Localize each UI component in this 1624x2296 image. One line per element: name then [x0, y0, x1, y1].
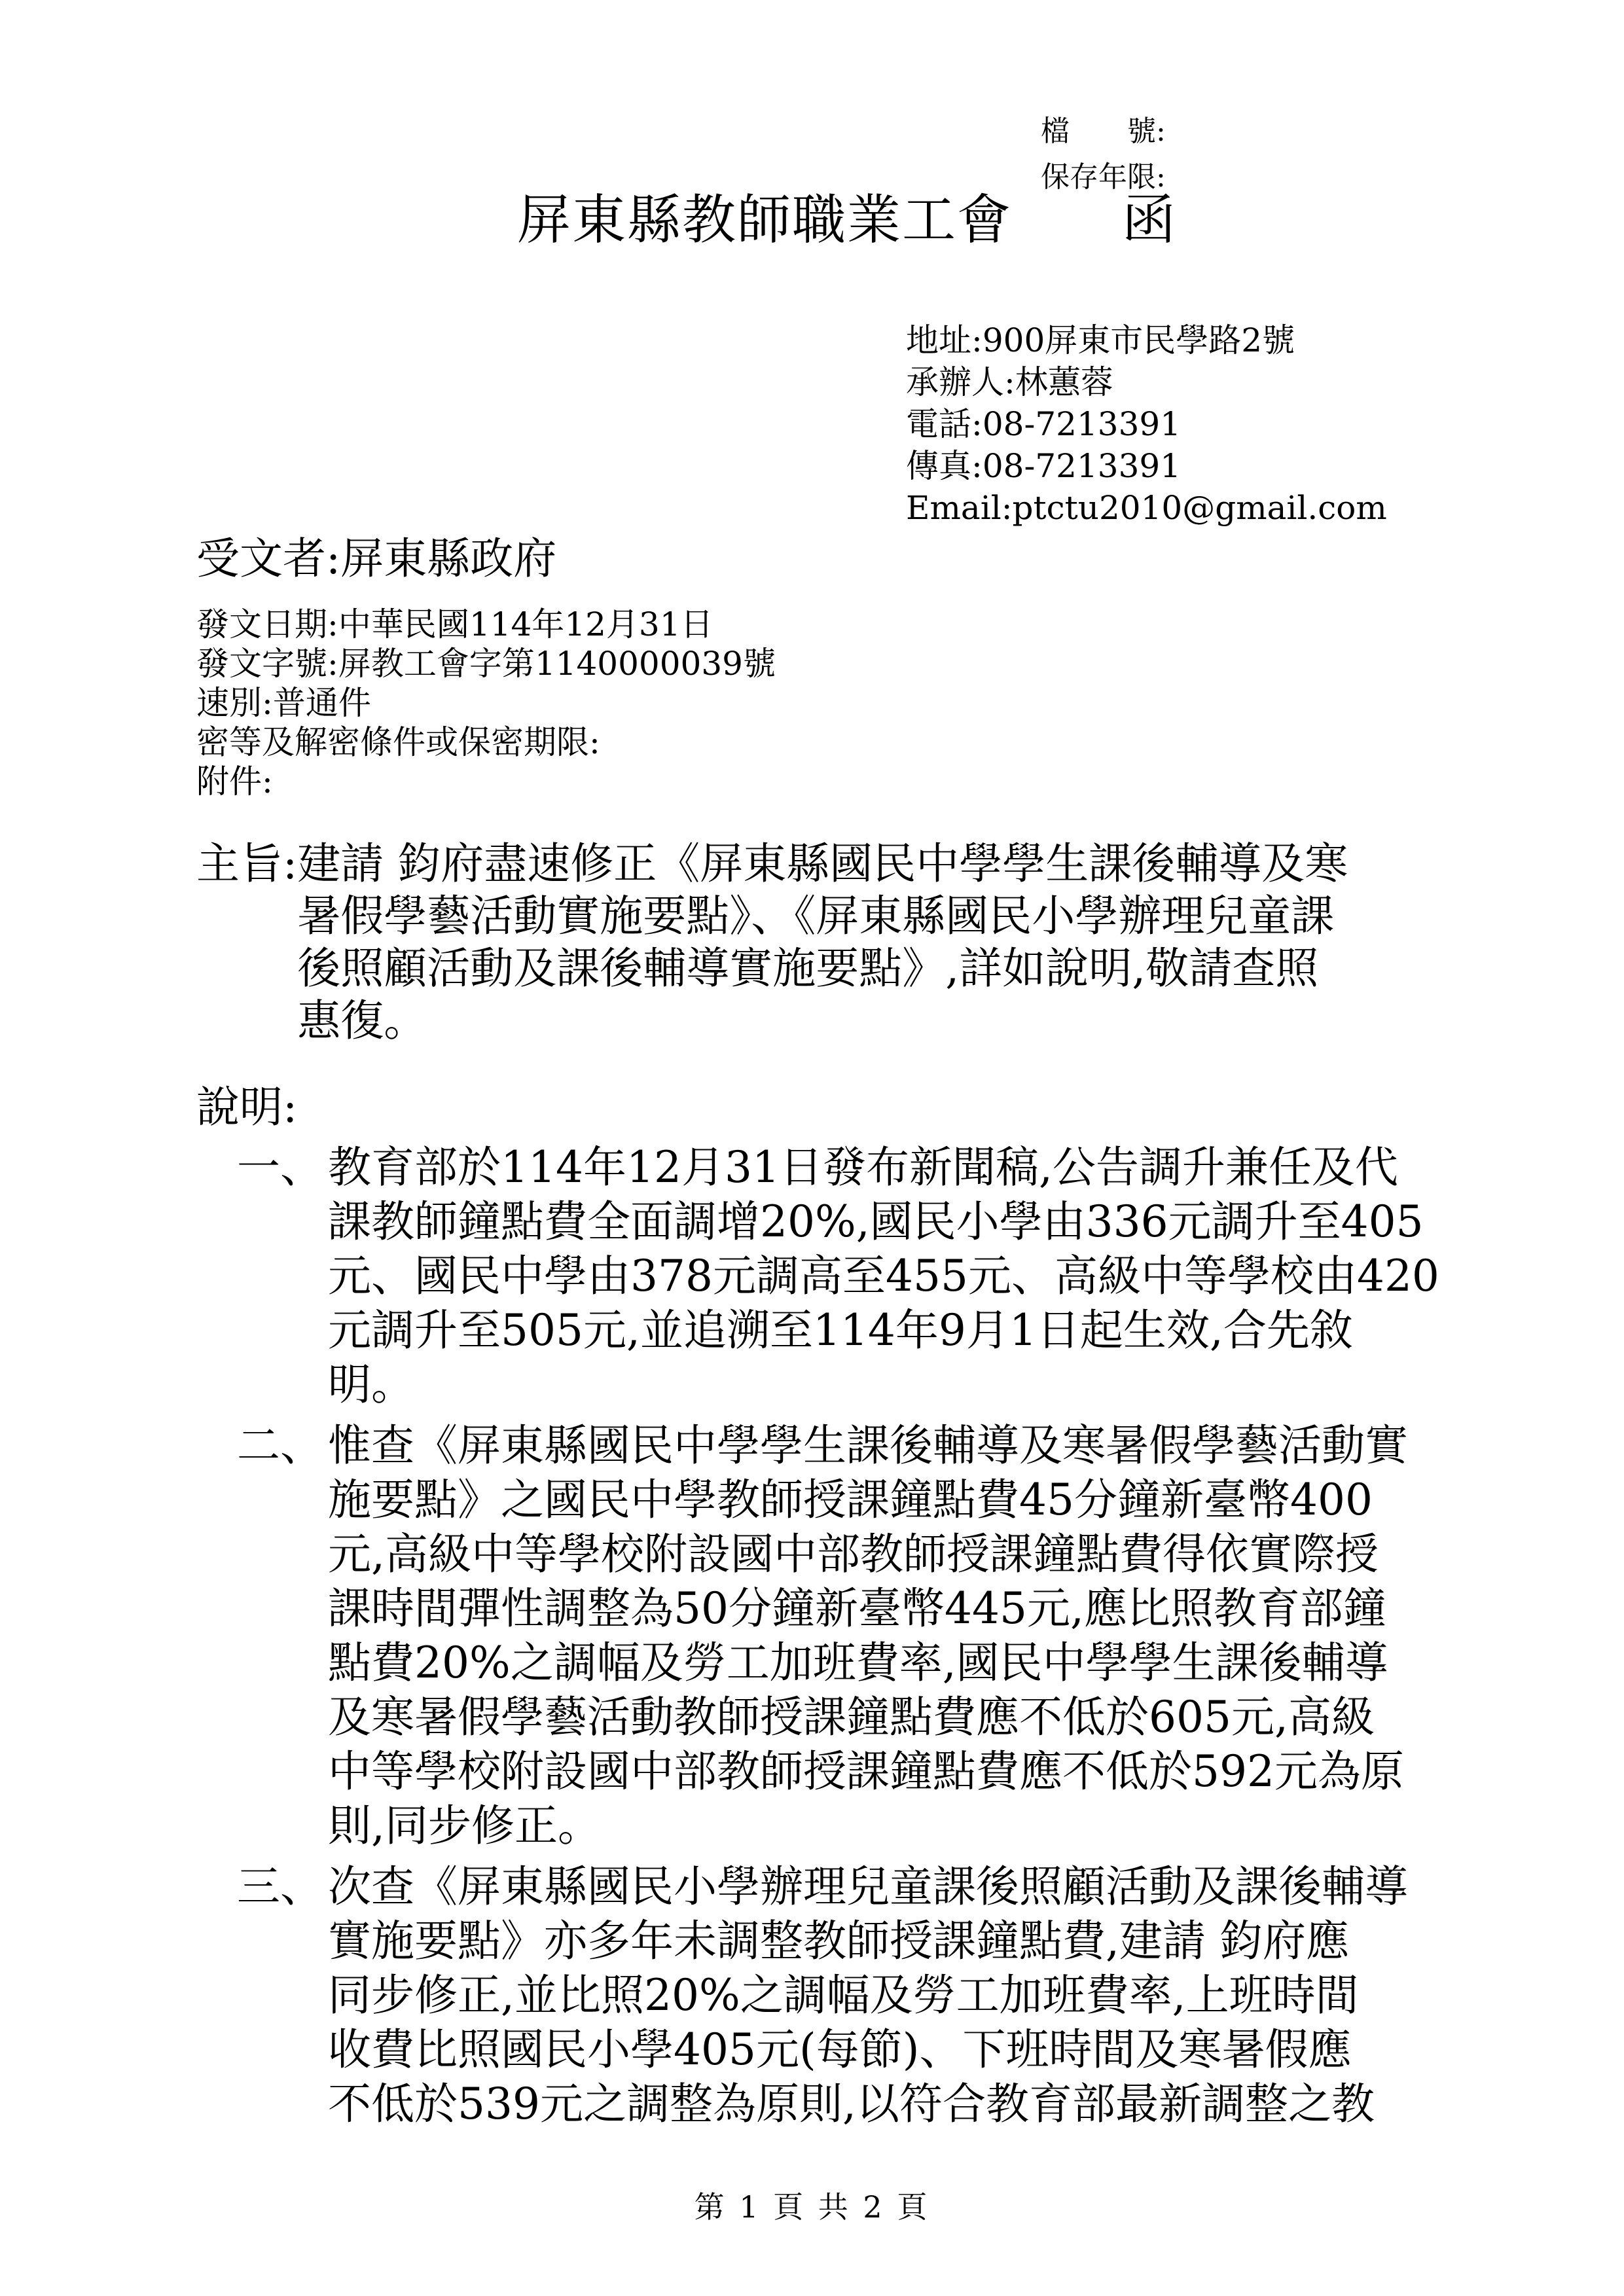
item-text: 惟查《屏東縣國民中學學生課後輔導及寒暑假學藝活動實 施要點》之國民中學教師授課鐘… — [328, 1418, 1408, 1853]
document-page: 檔 號: 保存年限: 屏東縣教師職業工會 函 地址:900屏東市民學路2號 承辦… — [0, 0, 1624, 2296]
document-title: 屏東縣教師職業工會 函 — [517, 185, 1177, 257]
document-meta-block: 發文日期:中華民國114年12月31日 發文字號:屏教工會字第114000003… — [196, 605, 776, 801]
explanation-label: 說明: — [196, 1080, 297, 1134]
sender-contact-block: 地址:900屏東市民學路2號 承辦人:林蕙蓉 電話:08-7213391 傳真:… — [906, 319, 1387, 529]
explanation-item-3: 三、 次查《屏東縣國民小學辦理兒童課後照顧活動及課後輔導 實施要點》亦多年未調整… — [237, 1859, 1439, 2131]
page-number-footer: 第 1 頁 共 2 頁 — [0, 2183, 1624, 2227]
subject-section: 主旨: 建請 鈞府盡速修正《屏東縣國民中學學生課後輔導及寒 暑假學藝活動實施要點… — [196, 838, 1348, 1047]
item-number: 二、 — [237, 1418, 328, 1473]
item-number: 三、 — [237, 1859, 328, 1914]
item-text: 次查《屏東縣國民小學辦理兒童課後照顧活動及課後輔導 實施要點》亦多年未調整教師授… — [328, 1859, 1408, 2131]
explanation-item-2: 二、 惟查《屏東縣國民中學學生課後輔導及寒暑假學藝活動實 施要點》之國民中學教師… — [237, 1418, 1439, 1853]
explanation-item-1: 一、 教育部於114年12月31日發布新聞稿,公告調升兼任及代 課教師鐘點費全面… — [237, 1140, 1439, 1412]
file-number-label: 檔 號: — [1041, 109, 1166, 154]
item-number: 一、 — [237, 1140, 328, 1194]
subject-label: 主旨: — [196, 838, 297, 890]
item-text: 教育部於114年12月31日發布新聞稿,公告調升兼任及代 課教師鐘點費全面調增2… — [328, 1140, 1439, 1412]
explanation-items: 一、 教育部於114年12月31日發布新聞稿,公告調升兼任及代 課教師鐘點費全面… — [237, 1140, 1439, 2138]
subject-text: 建請 鈞府盡速修正《屏東縣國民中學學生課後輔導及寒 暑假學藝活動實施要點》、《屏… — [297, 838, 1348, 1047]
recipient-line: 受文者:屏東縣政府 — [196, 533, 556, 585]
